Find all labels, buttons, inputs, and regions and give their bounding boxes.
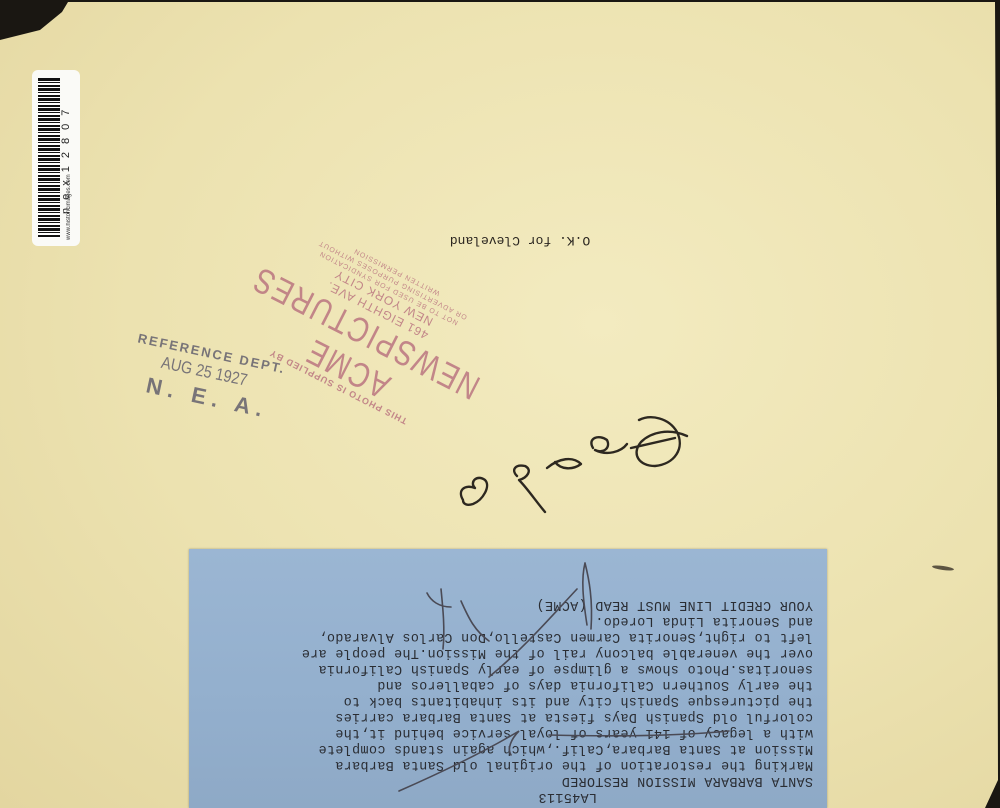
caption-line: senoritas.Photo shows a glimpse of early… xyxy=(175,660,827,676)
caption-line: left to right,Senorita Carmen Castello,D… xyxy=(175,628,827,644)
barcode-website: www.historicimages.com xyxy=(66,130,76,240)
caption-line: Mission at Santa Barbara,Calif.,which ag… xyxy=(175,740,827,756)
caption-line: colorful old Spanish Days fiesta at Sant… xyxy=(175,708,827,724)
caption-headline: SANTA BARBARA MISSION RESTORED xyxy=(175,772,827,788)
caption-line: the early Southern California days of ca… xyxy=(175,676,827,692)
caption-credit-line: YOUR CREDIT LINE MUST READ (ACME) xyxy=(175,596,827,612)
caption-line: Marking the restoration of the original … xyxy=(175,756,827,772)
caption-slip: LA45113 SANTA BARBARA MISSION RESTORED M… xyxy=(189,549,827,808)
caption-text-block: LA45113 SANTA BARBARA MISSION RESTORED M… xyxy=(189,549,827,808)
barcode-label: nex12807 www.historicimages.com xyxy=(32,70,80,246)
barcode-bars xyxy=(38,78,60,238)
handwritten-file-number xyxy=(455,408,695,518)
caption-id: LA45113 xyxy=(0,788,827,804)
caption-line: the picturesque Spanish city and its inh… xyxy=(175,692,827,708)
caption-line: and Senorita Linda Loredo. xyxy=(175,612,827,628)
caption-line: with a legacy of 141 years of loyal serv… xyxy=(175,724,827,740)
caption-line: over the venerable balcony rail of the M… xyxy=(175,644,827,660)
